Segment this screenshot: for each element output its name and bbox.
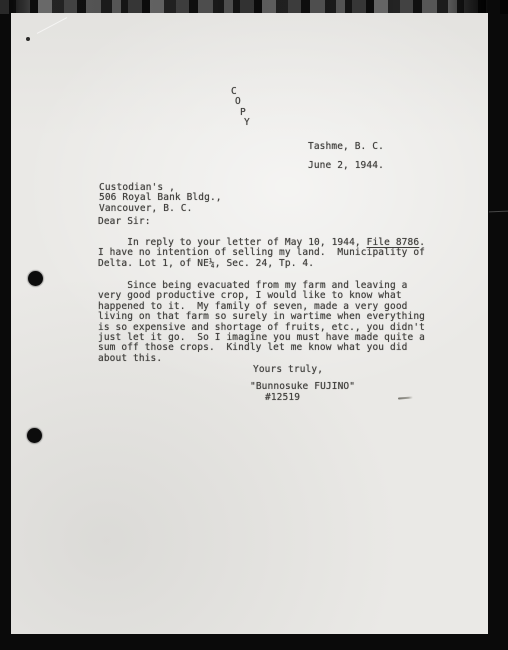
- film-edge-shade: [0, 0, 508, 14]
- copy-letter: Y: [244, 118, 250, 128]
- pencil-dash-mark: [398, 396, 413, 399]
- letter-place: Tashme, B. C.: [308, 142, 384, 152]
- copy-stamp: C O P Y: [231, 87, 250, 129]
- closing: Yours truly,: [253, 365, 323, 375]
- para1-text: In reply to your letter of May 10, 1944,: [98, 237, 367, 248]
- letter-page: C O P Y Tashme, B. C. June 2, 1944. Cust…: [11, 13, 488, 634]
- paragraph-line: Delta. Lot 1, of NE¼, Sec. 24, Tp. 4.: [98, 259, 425, 269]
- salutation: Dear Sir:: [98, 217, 151, 227]
- microfilm-scan: { "colors": { "film_black": "#0a0a0a", "…: [0, 0, 508, 650]
- paper-scratch: [37, 17, 67, 34]
- paragraph-1: In reply to your letter of May 10, 1944,…: [98, 238, 425, 269]
- ink-speck: [26, 37, 30, 41]
- signature: "Bunnosuke FUJINO": [250, 382, 355, 392]
- para1-text: .: [419, 237, 425, 248]
- paragraph-2: Since being evacuated from my farm and l…: [98, 281, 425, 364]
- punch-hole-top: [28, 271, 43, 286]
- letter-date: June 2, 1944.: [308, 161, 384, 171]
- file-number-underlined: File 8786: [367, 237, 420, 248]
- film-scratch: [489, 211, 508, 213]
- paragraph-line: about this.: [98, 354, 425, 364]
- recipient-address: Custodian's , 506 Royal Bank Bldg., Vanc…: [99, 183, 222, 214]
- punch-hole-bottom: [27, 428, 42, 443]
- id-number: #12519: [265, 393, 300, 403]
- recipient-line: Vancouver, B. C.: [99, 204, 222, 214]
